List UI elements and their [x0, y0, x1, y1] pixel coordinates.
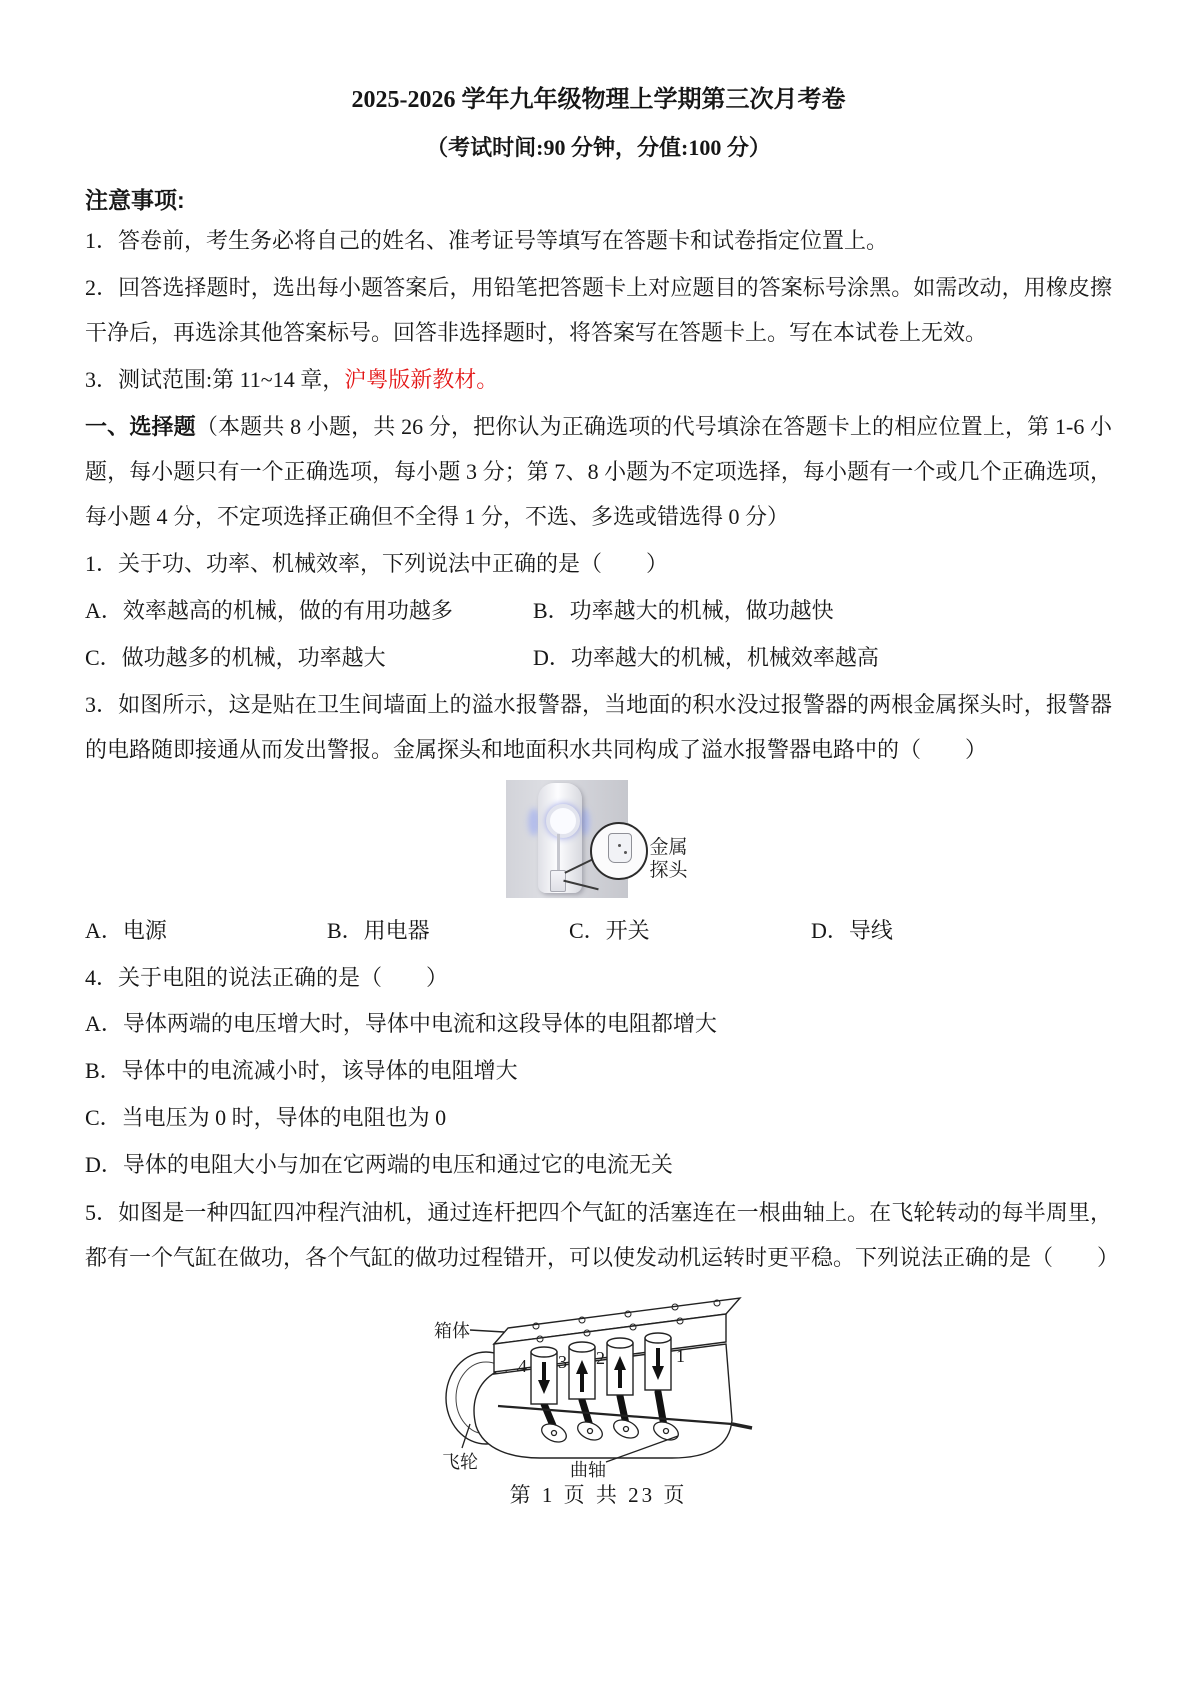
cylinder-number-2: 2	[596, 1348, 605, 1368]
page-footer: 第 1 页 共 23 页	[85, 1480, 1112, 1510]
section-heading: 一、选择题	[85, 414, 196, 439]
magnifier-circle-icon	[590, 822, 648, 880]
metal-probe-label-line1: 金属	[650, 836, 688, 859]
notice-item-2: 2．回答选择题时，选出每小题答案后，用铅笔把答题卡上对应题目的答案标号涂黑。如需…	[85, 265, 1112, 355]
q4-option-c: C．当电压为 0 时，导体的电阻也为 0	[85, 1094, 1112, 1141]
q1-option-b: B．功率越大的机械，做功越快	[533, 588, 834, 633]
cylinder-number-1: 1	[676, 1346, 685, 1366]
engine-figure: 4 3 2 1 箱体 飞轮 曲轴	[434, 1286, 764, 1478]
cylinder-number-4: 4	[518, 1356, 527, 1376]
q4-option-b: B．导体中的电流减小时，该导体的电阻增大	[85, 1047, 1112, 1094]
q1-option-a: A．效率越高的机械，做的有用功越多	[85, 588, 533, 633]
q1-options-row-2: C．做功越多的机械，功率越大 D．功率越大的机械，机械效率越高	[85, 635, 1112, 680]
section-choice-header: 一、选择题（本题共 8 小题，共 26 分，把你认为正确选项的代号填涂在答题卡上…	[85, 404, 1112, 539]
exam-paper-page: 2025-2026 学年九年级物理上学期第三次月考卷 （考试时间:90 分钟，分…	[0, 0, 1190, 1682]
metal-probe-label: 金属 探头	[650, 836, 688, 882]
q3-option-a: A．电源	[85, 908, 327, 953]
engine-box-label: 箱体	[434, 1321, 470, 1341]
probe-dot	[618, 844, 621, 847]
cylinder-4	[531, 1347, 557, 1404]
exam-info: （考试时间:90 分钟，分值:100 分）	[85, 133, 1112, 163]
notice-item-3: 3．测试范围:第 11~14 章，沪粤版新教材。	[85, 357, 1112, 402]
textbook-edition-note: 沪粤版新教材。	[344, 367, 498, 392]
page-title: 2025-2026 学年九年级物理上学期第三次月考卷	[85, 84, 1112, 116]
crankshaft-label: 曲轴	[570, 1460, 606, 1478]
cylinder-1	[645, 1333, 671, 1390]
probe-dot	[624, 851, 627, 854]
q1-options-row-1: A．效率越高的机械，做的有用功越多 B．功率越大的机械，做功越快	[85, 588, 1112, 633]
q3-stem: 3．如图所示，这是贴在卫生间墙面上的溢水报警器，当地面的积水没过报警器的两根金属…	[85, 682, 1112, 772]
four-cylinder-engine-diagram: 4 3 2 1 箱体 飞轮 曲轴	[434, 1286, 764, 1478]
box-leader-line	[470, 1330, 504, 1332]
magnified-probe	[608, 833, 632, 863]
overflow-alarm-figure: 金属 探头	[478, 780, 692, 906]
alarm-button	[546, 804, 580, 838]
q1-stem: 1．关于功、功率、机械效率，下列说法中正确的是（ ）	[85, 541, 1112, 586]
notice-item-3-text: 3．测试范围:第 11~14 章，	[85, 367, 344, 392]
q4-option-d: D．导体的电阻大小与加在它两端的电压和通过它的电流无关	[85, 1141, 1112, 1188]
q5-stem: 5．如图是一种四缸四冲程汽油机，通过连杆把四个气缸的活塞连在一根曲轴上。在飞轮转…	[85, 1190, 1112, 1280]
flywheel-label: 飞轮	[442, 1452, 478, 1472]
q4-stem: 4．关于电阻的说法正确的是（ ）	[85, 955, 1112, 1000]
q4-option-a: A．导体两端的电压增大时，导体中电流和这段导体的电阻都增大	[85, 1000, 1112, 1047]
q1-option-c: C．做功越多的机械，功率越大	[85, 635, 533, 680]
q1-option-d: D．功率越大的机械，机械效率越高	[533, 635, 879, 680]
q3-options-row: A．电源 B．用电器 C．开关 D．导线	[85, 908, 1112, 953]
crankshaft-end	[732, 1424, 752, 1428]
metal-probe-label-line2: 探头	[650, 859, 688, 882]
cylinder-number-3: 3	[558, 1352, 567, 1372]
notice-item-1: 1．答卷前，考生务必将自己的姓名、准考证号等填写在答题卡和试卷指定位置上。	[85, 218, 1112, 263]
q3-option-c: C．开关	[569, 908, 811, 953]
notice-heading: 注意事项:	[85, 184, 1112, 216]
q3-option-b: B．用电器	[327, 908, 569, 953]
cylinder-3	[569, 1342, 595, 1399]
q3-option-d: D．导线	[811, 908, 893, 953]
probe-cord	[557, 834, 560, 872]
section-intro: （本题共 8 小题，共 26 分，把你认为正确选项的代号填涂在答题卡上的相应位置…	[85, 414, 1112, 529]
cylinder-2	[607, 1338, 633, 1395]
